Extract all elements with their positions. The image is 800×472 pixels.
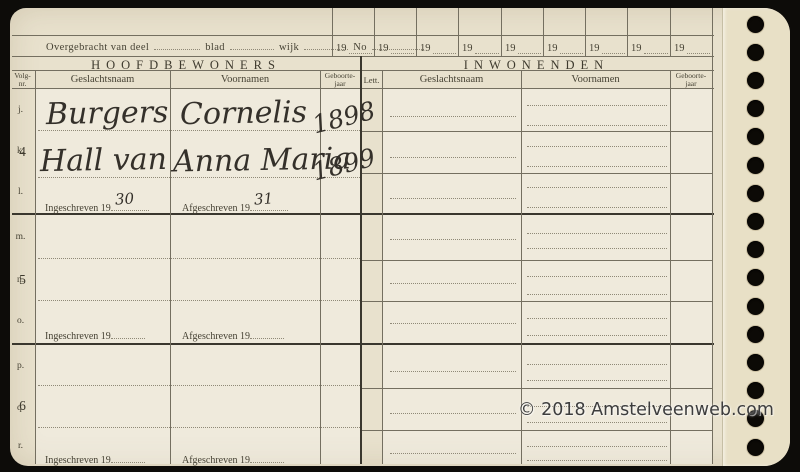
photo-background: Overgebracht van deel blad wijk No 19 19… xyxy=(0,0,800,472)
punch-hole xyxy=(747,326,764,343)
dotted-line xyxy=(111,454,145,463)
punch-hole xyxy=(747,354,764,371)
punch-hole xyxy=(747,185,764,202)
handwritten-afgeschreven-year: 31 xyxy=(253,189,273,208)
column-header-geslachtsnaam: Geslachtsnaam xyxy=(35,74,170,85)
writing-line xyxy=(390,239,516,240)
ingeschreven-row: Ingeschreven 19 xyxy=(45,330,145,342)
ingeschreven-label: Ingeschreven 19 xyxy=(45,331,111,342)
year-cell: 19 xyxy=(589,40,625,54)
letter-label: m. xyxy=(10,232,31,242)
afgeschreven-label: Afgeschreven 19 xyxy=(182,203,250,214)
year-cell: 19 xyxy=(378,40,414,54)
handwritten-ingeschreven-year: 30 xyxy=(114,189,134,208)
afgeschreven-label: Afgeschreven 19 xyxy=(182,331,250,342)
grid-line xyxy=(361,301,712,302)
writing-line xyxy=(527,166,667,167)
grid-line xyxy=(12,35,714,36)
punch-hole xyxy=(747,213,764,230)
column-header-voornamen: Voornamen xyxy=(521,74,670,85)
ingeschreven-label: Ingeschreven 19 xyxy=(45,455,111,466)
writing-line xyxy=(527,248,667,249)
writing-line xyxy=(527,233,667,234)
grid-line xyxy=(35,70,36,464)
dotted-line xyxy=(518,50,542,54)
writing-line xyxy=(527,125,667,126)
year-prefix: 19 xyxy=(336,44,347,54)
writing-line xyxy=(390,413,516,414)
ingeschreven-label: Ingeschreven 19 xyxy=(45,203,111,214)
writing-line xyxy=(390,283,516,284)
year-cell: 19 xyxy=(336,40,372,54)
writing-line xyxy=(390,198,516,199)
grid-line xyxy=(585,8,586,56)
grid-line xyxy=(627,8,628,56)
section-title-hoofdbewoners: HOOFDBEWONERS xyxy=(12,58,360,73)
dotted-line xyxy=(560,50,584,54)
writing-line xyxy=(38,385,360,386)
afgeschreven-row: Afgeschreven 19 xyxy=(182,330,284,342)
dotted-line xyxy=(391,50,415,54)
year-prefix: 19 xyxy=(589,44,600,54)
letter-label: j. xyxy=(10,105,31,115)
punch-hole xyxy=(747,16,764,33)
grid-line xyxy=(670,8,671,56)
punch-hole xyxy=(747,298,764,315)
writing-line xyxy=(527,364,667,365)
dotted-line xyxy=(644,50,669,54)
writing-line xyxy=(38,300,360,301)
transfer-label-deel: Overgebracht van deel xyxy=(46,42,149,53)
writing-line xyxy=(390,453,516,454)
grid-line xyxy=(12,56,714,57)
year-cell: 19 xyxy=(631,40,668,54)
handwritten-geslachtsnaam: Burgers xyxy=(46,95,169,132)
afgeschreven-row: Afgeschreven 19 xyxy=(182,454,284,466)
writing-line xyxy=(527,294,667,295)
letter-label: r. xyxy=(10,441,31,451)
writing-line xyxy=(390,371,516,372)
writing-line xyxy=(527,422,667,423)
afgeschreven-label: Afgeschreven 19 xyxy=(182,455,250,466)
grid-line xyxy=(361,388,712,389)
column-header-geboorte-line2: jaar xyxy=(670,80,712,88)
year-prefix: 19 xyxy=(547,44,558,54)
punch-hole xyxy=(747,100,764,117)
grid-line xyxy=(382,70,383,464)
year-cell: 19 xyxy=(420,40,456,54)
writing-line xyxy=(527,276,667,277)
writing-line xyxy=(527,187,667,188)
punch-hole xyxy=(747,269,764,286)
grid-line xyxy=(361,430,712,431)
year-prefix: 19 xyxy=(420,44,431,54)
year-prefix: 19 xyxy=(674,44,685,54)
card-right-border xyxy=(712,8,713,464)
punch-hole xyxy=(747,439,764,456)
year-prefix: 19 xyxy=(631,44,642,54)
year-cell: 19 xyxy=(505,40,541,54)
writing-line xyxy=(527,207,667,208)
ingeschreven-row: Ingeschreven 19 30 xyxy=(45,200,149,214)
grid-line xyxy=(361,131,712,132)
column-header-geboortejaar: Geboorte- jaar xyxy=(320,72,360,88)
grid-line xyxy=(501,8,502,56)
letter-label: l. xyxy=(10,187,31,197)
writing-line xyxy=(390,157,516,158)
punch-hole xyxy=(747,157,764,174)
grid-line xyxy=(543,8,544,56)
year-cell: 19 xyxy=(462,40,499,54)
punch-hole xyxy=(747,72,764,89)
dotted-line xyxy=(433,50,457,54)
block-divider-line xyxy=(12,343,714,345)
letter-label: q. xyxy=(10,403,31,413)
writing-line xyxy=(527,380,667,381)
writing-line xyxy=(38,258,360,259)
punch-hole xyxy=(747,382,764,399)
grid-line xyxy=(12,88,714,89)
year-prefix: 19 xyxy=(462,44,473,54)
writing-line xyxy=(527,460,667,461)
letter-label: n. xyxy=(10,275,31,285)
dotted-line xyxy=(687,50,711,54)
transfer-label-blad: blad xyxy=(205,42,225,53)
punch-hole xyxy=(747,128,764,145)
ingeschreven-row: Ingeschreven 19 xyxy=(45,454,145,466)
dotted-line xyxy=(602,50,626,54)
section-title-inwonenden: INWONENDEN xyxy=(361,58,712,73)
writing-line xyxy=(390,323,516,324)
afgeschreven-row: Afgeschreven 19 31 xyxy=(182,200,288,214)
year-prefix: 19 xyxy=(378,44,389,54)
punch-hole xyxy=(747,241,764,258)
column-header-lett: Lett. xyxy=(361,75,382,85)
letter-label: p. xyxy=(10,361,31,371)
punch-hole xyxy=(747,44,764,61)
year-cell: 19 xyxy=(674,40,710,54)
column-header-geboorte-line2: jaar xyxy=(320,80,360,88)
column-header-geslachtsnaam: Geslachtsnaam xyxy=(382,74,521,85)
writing-line xyxy=(527,318,667,319)
writing-line xyxy=(390,116,516,117)
dotted-line xyxy=(154,40,200,50)
column-header-volgnr: Volg- nr. xyxy=(10,72,35,88)
dotted-line xyxy=(349,50,373,54)
register-card: Overgebracht van deel blad wijk No 19 19… xyxy=(10,8,790,466)
writing-line xyxy=(527,105,667,106)
dotted-line xyxy=(250,454,284,463)
dotted-line xyxy=(111,330,145,339)
dotted-line: 31 xyxy=(250,200,288,211)
watermark: © 2018 Amstelveenweb.com xyxy=(518,400,774,420)
year-cell: 19 xyxy=(547,40,583,54)
writing-line xyxy=(527,335,667,336)
handwritten-voornamen: Cornelis xyxy=(180,95,308,132)
column-header-volgnr-line2: nr. xyxy=(10,80,35,88)
dotted-line xyxy=(250,330,284,339)
grid-line xyxy=(361,173,712,174)
column-header-geboortejaar: Geboorte- jaar xyxy=(670,72,712,88)
letter-label: k. xyxy=(10,146,31,156)
writing-line xyxy=(527,446,667,447)
letter-label: o. xyxy=(10,316,31,326)
dotted-line: 30 xyxy=(111,200,149,211)
grid-line xyxy=(361,260,712,261)
transfer-label-wijk: wijk xyxy=(279,42,299,53)
binding-strip xyxy=(722,8,790,466)
grid-line xyxy=(458,8,459,56)
column-header-voornamen: Voornamen xyxy=(170,74,320,85)
dotted-line xyxy=(475,50,500,54)
writing-line xyxy=(38,427,360,428)
handwritten-geslachtsnaam: Hall van xyxy=(40,142,168,179)
dotted-line xyxy=(230,40,274,50)
writing-line xyxy=(527,146,667,147)
year-prefix: 19 xyxy=(505,44,516,54)
